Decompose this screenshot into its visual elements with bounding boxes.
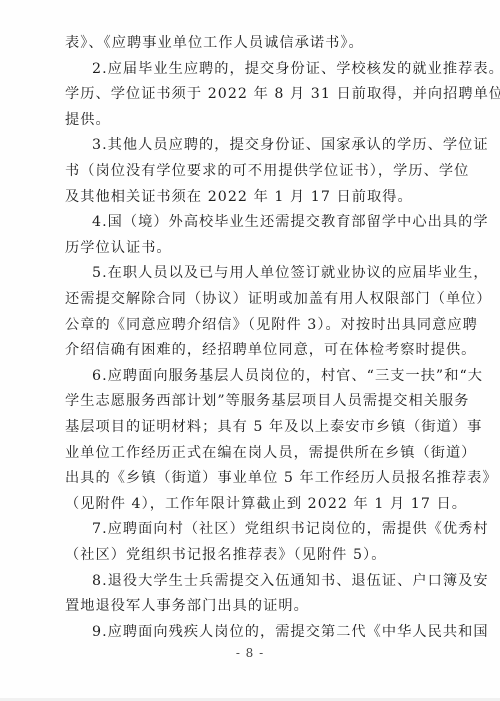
text-line: （社区）党组织书记报名推荐表》（见附件 5）。 [65,545,433,565]
text-line: 基层项目的证明材料；具有 5 年及以上泰安市乡镇（街道）事 [65,417,433,437]
text-line: 2.应届毕业生应聘的，提交身份证、学校核发的就业推荐表。 [92,59,433,79]
text-line: 还需提交解除合同（协议）证明或加盖有用人权限部门（单位） [65,289,433,309]
document-page: 表》、《应聘事业单位工作人员诚信承诺书》。 2.应届毕业生应聘的，提交身份证、学… [0,0,500,701]
text-line: 提供。 [65,110,433,130]
text-line: 4.国（境）外高校毕业生还需提交教育部留学中心出具的学 [92,212,433,232]
text-line: 公章的《同意应聘介绍信》（见附件 3）。对按时出具同意应聘 [65,315,433,335]
text-line: 5.在职人员以及已与用人单位签订就业协议的应届毕业生， [92,263,433,283]
text-line: （见附件 4），工作年限计算截止到 2022 年 1 月 17 日。 [65,494,433,514]
text-line: 出具的《乡镇（街道）事业单位 5 年工作经历人员报名推荐表》 [65,468,433,488]
text-line: 业单位工作经历正式在编在岗人员，需提供所在乡镇（街道） [65,443,433,463]
text-line: 3.其他人员应聘的，提交身份证、国家承认的学历、学位证 [92,135,433,155]
text-line: 7.应聘面向村（社区）党组织书记岗位的，需提供《优秀村 [92,519,433,539]
page-number: - 8 - [0,646,500,660]
text-line: 表》、《应聘事业单位工作人员诚信承诺书》。 [65,33,433,53]
text-line: 书（岗位没有学位要求的可不用提供学位证书），学历、学位 [65,161,433,181]
text-line: 历学位认证书。 [65,238,433,258]
text-line: 9.应聘面向残疾人岗位的，需提交第二代《中华人民共和国 [92,622,433,642]
text-line: 6.应聘面向服务基层人员岗位的，村官、“三支一扶”和“大 [92,366,433,386]
text-line: 置地退役军人事务部门出具的证明。 [65,596,433,616]
text-line: 及其他相关证书须在 2022 年 1 月 17 日前取得。 [65,187,433,207]
text-line: 8.退役大学生士兵需提交入伍通知书、退伍证、户口簿及安 [92,571,433,591]
text-line: 学生志愿服务西部计划”等服务基层项目人员需提交相关服务 [65,391,433,411]
text-line: 学历、学位证书须于 2022 年 8 月 31 日前取得，并向招聘单位 [65,84,433,104]
text-line: 介绍信确有困难的，经招聘单位同意，可在体检考察时提供。 [65,340,433,360]
